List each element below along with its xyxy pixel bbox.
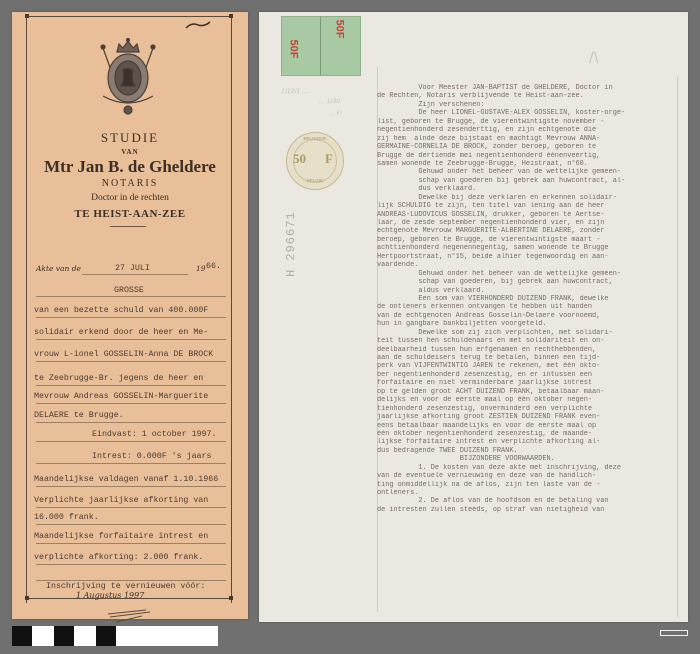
term-line: Maandelijkse valdagen vanaf 1.10.1966 [34, 475, 218, 484]
notary-title: NOTARIS [12, 178, 248, 189]
embossed-seal: BELGIQUE 50 F BELGIE [286, 132, 344, 190]
deed-line: perk van VIJFENTWINTIG JAREN te rekenen,… [377, 362, 681, 370]
deed-line: list, geboren te Brugge, de vierentwinti… [377, 118, 681, 126]
deed-line: achttienhonderd negenennegentig, samen w… [377, 244, 681, 252]
deed-line: de ontleners erkennen ontvangen te hebbe… [377, 303, 681, 311]
deed-line: GERMAINE-CORNELIA DE BROCK, zonder beroe… [377, 143, 681, 151]
deed-line: negentienhonderd zesenderttig, en zijn e… [377, 126, 681, 134]
deed-line: echtgenote Mevrouw MARGUERITE-ALBERTINE … [377, 227, 681, 235]
deed-line: Hertpoortstraat, n°15, beide alhier tege… [377, 253, 681, 261]
pencil-mark: /\ [589, 50, 598, 66]
deed-line: delijks en voor de eerste maal op één ok… [377, 396, 681, 404]
deed-line: schap van goederen, bij gebrek aan huwco… [377, 278, 681, 286]
deed-line: lijk SCHULDIG te zijn, ten titel van len… [377, 202, 681, 210]
deed-line: Zijn verschenen: [377, 101, 681, 109]
deed-line: laar, de zesde september negentienhonder… [377, 219, 681, 227]
akte-year: 66. [206, 262, 221, 271]
rule [36, 543, 226, 544]
seal-top-text: BELGIQUE [287, 136, 343, 141]
deed-line: Gehuwd onder het beheer van de wettelijk… [377, 168, 681, 176]
summary-line: van een bezette schuld van 400.000F [34, 306, 208, 315]
deed-line: hun in gangbare bankbiljetten voorgeteld… [377, 320, 681, 328]
pen-mark-icon [184, 20, 212, 30]
summary-line: vrouw L-ionel GOSSELIN-Anna DE BROCK [34, 350, 213, 359]
calibration-swatch-black [12, 626, 32, 646]
fiscal-stamp: 50F 50F [281, 16, 361, 76]
deed-line: vaardende. [377, 261, 681, 269]
deed-line: lijkse forfaitaire intrest en verplichte… [377, 438, 681, 446]
deed-line: aldus verklaard. [377, 287, 681, 295]
inschrijving-label: Inschrijving te vernieuwen vóór: [46, 582, 205, 591]
deed-line: van de echtgenoten Andreas Gosselin-Dela… [377, 312, 681, 320]
summary-line: Mevrouw Andreas GOSSELIN-Marguerite [34, 392, 208, 401]
notary-name: Mtr Jan B. de Gheldere [12, 157, 248, 177]
inschrijving-date: 1 Augustus 1997 [76, 591, 144, 600]
deed-line: ber negentienhonderd zesenzestig, en er … [377, 371, 681, 379]
notary-folder-cover: STUDIE VAN Mtr Jan B. de Gheldere NOTARI… [12, 12, 248, 619]
deed-line: ontleners. [377, 489, 681, 497]
deed-line: zij hem alnde deze bijstaat en machtigt … [377, 135, 681, 143]
stamp-value: 50F [333, 20, 345, 39]
rule [36, 580, 226, 581]
deed-line: Brugge de dertiende mei negentienhonderd… [377, 152, 681, 160]
deed-page: 50F 50F 1/12/1 ... ... 1/30 ... Fr /\ BE… [259, 12, 688, 622]
rule [36, 564, 226, 565]
akte-label: Akte van de [36, 264, 81, 273]
term-line: Verplichte jaarlijkse afkorting van [34, 496, 208, 505]
calibration-swatch-white [74, 626, 96, 646]
header-divider [110, 226, 146, 227]
notary-prefix: Mtr [44, 157, 73, 176]
deed-line: de intresten zullen steeds, op straf van… [377, 506, 681, 514]
deed-line: ting onmiddellijk na de aflos, zijn ten … [377, 481, 681, 489]
term-line: verplichte afkorting: 2.000 frank. [34, 553, 203, 562]
stamp-value: 50F [287, 40, 299, 59]
pencil-note: ... Fr [329, 110, 343, 117]
deed-line: deelbaarheid tussen hun erfgenamen en re… [377, 346, 681, 354]
deed-line: op te gelden groot ACHT DUIZEND FRANK, b… [377, 388, 681, 396]
deed-line: BIJZONDERE VOORWAARDEN. [377, 455, 681, 463]
deed-line: Een som van VIERHONDERD DUIZEND FRANK, d… [377, 295, 681, 303]
seal-bottom-text: BELGIE [287, 178, 343, 183]
deed-line: één oktober negentienhonderd zesenzestig… [377, 430, 681, 438]
deed-line: aan de schuldeisers terug te betalen, bi… [377, 354, 681, 362]
rule [36, 486, 226, 487]
deed-line: samen wonende te Zeebrugge-Brugge, Heist… [377, 160, 681, 168]
deed-line: jaarlijkse afkorting groot ZESTIEN DUIZE… [377, 413, 681, 421]
rule [36, 403, 226, 404]
deed-line: eens betaalbaar maandelijks en voor de e… [377, 422, 681, 430]
calibration-swatch-black [54, 626, 74, 646]
seal-unit: F [325, 151, 333, 167]
deed-line: schap van goederen bij gebrek aan huwcon… [377, 177, 681, 185]
serial-number: H 296671 [284, 211, 298, 277]
deed-line: Dewelke bij deze verklaren en erkennen s… [377, 194, 681, 202]
summary-line: DELAERE te Brugge. [34, 411, 124, 420]
rule [36, 524, 226, 525]
deed-body: Voor Meester JAN-BAPTIST de GHELDERE, Do… [377, 84, 681, 514]
notary-location: TE HEIST-AAN-ZEE [12, 208, 248, 220]
color-calibration-bar [12, 626, 218, 646]
corner-dot [229, 596, 233, 600]
deed-line: Dewelke som zij zich verplichten, met so… [377, 329, 681, 337]
calibration-swatch-black [96, 626, 116, 646]
deed-line: 2. De aflos van de hoofdsom en de betali… [377, 497, 681, 505]
deed-line: forfaitaire en niet verminderbare jaarli… [377, 379, 681, 387]
pencil-note: ... 1/30 [319, 98, 340, 105]
pencil-note: 1/12/1 ... [281, 88, 308, 95]
calibration-swatch-white [116, 626, 218, 646]
corner-dot [25, 14, 29, 18]
deed-line: 1. De kosten van deze akte met inschrijv… [377, 464, 681, 472]
notary-degree: Doctor in de rechten [12, 193, 248, 203]
rule [36, 317, 226, 318]
rule [36, 385, 226, 386]
deed-line: Gehuwd onder het beheer van de wettelijk… [377, 270, 681, 278]
rule [36, 296, 226, 297]
akte-date: 27 JULI [115, 264, 150, 273]
deed-line: ANDREAS-LUDOVICUS GOSSELIN, drukker, geb… [377, 211, 681, 219]
scale-bar [660, 630, 688, 636]
rule [36, 361, 226, 362]
term-line: Maandelijkse forfaitaire intrest en [34, 532, 208, 541]
rule [36, 441, 226, 442]
studie-heading: STUDIE [12, 130, 248, 146]
rule [36, 339, 226, 340]
summary-line: solidair erkend door de heer en Me- [34, 328, 208, 337]
van-label: VAN [12, 148, 248, 156]
deed-line: dus bedragende TWEE DUIZEND FRANK. [377, 447, 681, 455]
calibration-swatch-white [32, 626, 54, 646]
rule [36, 422, 226, 423]
deed-line: de Rechten, Notaris verblijvende te Heis… [377, 92, 681, 100]
deed-line: dus verklaard. [377, 185, 681, 193]
corner-dot [25, 596, 29, 600]
deed-line: teit tussen hen schuldenaars en met soli… [377, 337, 681, 345]
intrest: Intrest: 0.000F 's jaars [92, 452, 212, 461]
akte-year-prefix: 19 [196, 264, 206, 273]
deed-line: van de eventuele vernieuwing en deze van… [377, 472, 681, 480]
deed-line: Voor Meester JAN-BAPTIST de GHELDERE, Do… [377, 84, 681, 92]
seal-value: 50 [293, 151, 306, 167]
notary-name-text: Jan B. de Gheldere [77, 157, 216, 176]
vervaldag: Eindvast: 1 october 1997. [92, 430, 216, 439]
term-line: 16.000 frank. [34, 513, 99, 522]
belgian-coat-of-arms-icon [95, 38, 161, 118]
deed-line: De heer LIONEL-GUSTAVE-ALEX GOSSELIN, ko… [377, 109, 681, 117]
rule [36, 507, 226, 508]
akte-type: GROSSE [114, 286, 144, 295]
rule [36, 463, 226, 464]
deed-line: tienhonderd zesenzestig, onverminderd ee… [377, 405, 681, 413]
akte-date-line [82, 274, 188, 275]
summary-line: te Zeebrugge-Br. jegens de heer en [34, 374, 203, 383]
corner-dot [229, 14, 233, 18]
deed-line: beroep, geboren te Brugge, de vierentwin… [377, 236, 681, 244]
signature-scribble-icon [106, 608, 152, 624]
